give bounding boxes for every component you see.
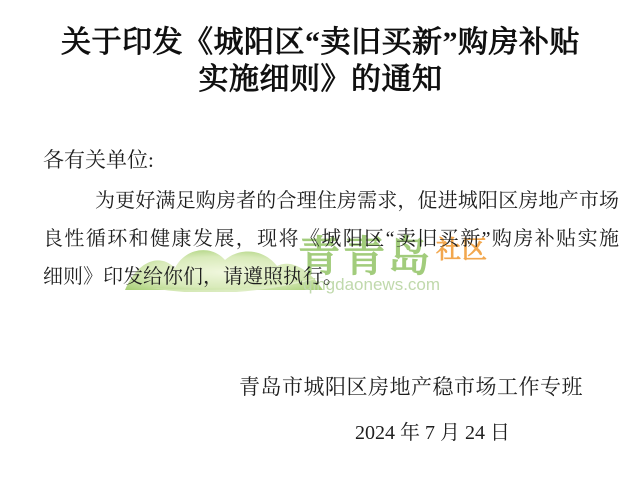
paragraph-line: 良性循环和健康发展，现将《城阳区“卖旧买新”购房补贴实施	[43, 220, 619, 258]
paragraph-line: 细则》印发给你们，请遵照执行。	[43, 258, 619, 296]
body-paragraph: 为更好满足购房者的合理住房需求，促进城阳区房地产市场 良性循环和健康发展，现将《…	[43, 182, 619, 296]
issue-date: 2024 年 7 月 24 日	[355, 416, 510, 445]
notice-document-page: 青青岛 社区 qingdaonews.com 关于印发《城阳区“卖旧买新”购房补…	[0, 0, 641, 502]
notice-title-line-1: 关于印发《城阳区“卖旧买新”购房补贴	[0, 24, 641, 61]
issuing-authority: 青岛市城阳区房地产稳市场工作专班	[239, 371, 583, 401]
notice-title: 关于印发《城阳区“卖旧买新”购房补贴 实施细则》的通知	[0, 24, 641, 98]
notice-title-line-2: 实施细则》的通知	[0, 61, 641, 98]
paragraph-line: 为更好满足购房者的合理住房需求，促进城阳区房地产市场	[43, 182, 619, 220]
salutation: 各有关单位:	[43, 144, 154, 174]
